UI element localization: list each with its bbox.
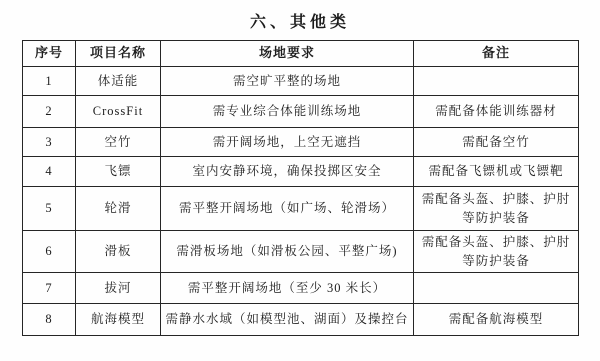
- cell-venue: 室内安静环境，确保投掷区安全: [161, 157, 414, 187]
- cell-serial: 7: [23, 273, 76, 304]
- cell-name: 航海模型: [76, 304, 161, 336]
- cell-serial: 4: [23, 157, 76, 187]
- document-page: 六、其他类 序号 项目名称 场地要求 备注 1 体适能 需空旷平整的场地 2 C…: [0, 0, 600, 361]
- cell-note: 需配备空竹: [414, 128, 579, 157]
- header-venue: 场地要求: [161, 41, 414, 67]
- cell-venue: 需静水水域（如模型池、湖面）及操控台: [161, 304, 414, 336]
- cell-serial: 6: [23, 231, 76, 273]
- table-row: 1 体适能 需空旷平整的场地: [23, 67, 579, 96]
- cell-venue: 需平整开阔场地（如广场、轮滑场）: [161, 187, 414, 231]
- header-note: 备注: [414, 41, 579, 67]
- cell-note: 需配备体能训练器材: [414, 96, 579, 128]
- cell-name: 滑板: [76, 231, 161, 273]
- cell-serial: 5: [23, 187, 76, 231]
- header-name: 项目名称: [76, 41, 161, 67]
- table-header-row: 序号 项目名称 场地要求 备注: [23, 41, 579, 67]
- table-row: 4 飞镖 室内安静环境，确保投掷区安全 需配备飞镖机或飞镖靶: [23, 157, 579, 187]
- other-category-table: 序号 项目名称 场地要求 备注 1 体适能 需空旷平整的场地 2 CrossFi…: [22, 40, 579, 336]
- cell-note: 需配备头盔、护膝、护肘等防护装备: [414, 231, 579, 273]
- page-title: 六、其他类: [0, 0, 600, 32]
- cell-venue: 需专业综合体能训练场地: [161, 96, 414, 128]
- cell-name: 拔河: [76, 273, 161, 304]
- cell-note: 需配备航海模型: [414, 304, 579, 336]
- cell-name: 轮滑: [76, 187, 161, 231]
- cell-note: 需配备头盔、护膝、护肘等防护装备: [414, 187, 579, 231]
- cell-name: CrossFit: [76, 96, 161, 128]
- cell-serial: 1: [23, 67, 76, 96]
- cell-serial: 2: [23, 96, 76, 128]
- table-row: 8 航海模型 需静水水域（如模型池、湖面）及操控台 需配备航海模型: [23, 304, 579, 336]
- cell-venue: 需空旷平整的场地: [161, 67, 414, 96]
- cell-note: [414, 273, 579, 304]
- cell-venue: 需平整开阔场地（至少 30 米长）: [161, 273, 414, 304]
- table-row: 3 空竹 需开阔场地，上空无遮挡 需配备空竹: [23, 128, 579, 157]
- cell-serial: 8: [23, 304, 76, 336]
- table-row: 5 轮滑 需平整开阔场地（如广场、轮滑场） 需配备头盔、护膝、护肘等防护装备: [23, 187, 579, 231]
- cell-note: 需配备飞镖机或飞镖靶: [414, 157, 579, 187]
- table-row: 6 滑板 需滑板场地（如滑板公园、平整广场) 需配备头盔、护膝、护肘等防护装备: [23, 231, 579, 273]
- table-row: 2 CrossFit 需专业综合体能训练场地 需配备体能训练器材: [23, 96, 579, 128]
- cell-name: 飞镖: [76, 157, 161, 187]
- cell-note: [414, 67, 579, 96]
- cell-name: 空竹: [76, 128, 161, 157]
- table-row: 7 拔河 需平整开阔场地（至少 30 米长）: [23, 273, 579, 304]
- header-serial: 序号: [23, 41, 76, 67]
- cell-venue: 需开阔场地，上空无遮挡: [161, 128, 414, 157]
- cell-name: 体适能: [76, 67, 161, 96]
- cell-venue: 需滑板场地（如滑板公园、平整广场): [161, 231, 414, 273]
- cell-serial: 3: [23, 128, 76, 157]
